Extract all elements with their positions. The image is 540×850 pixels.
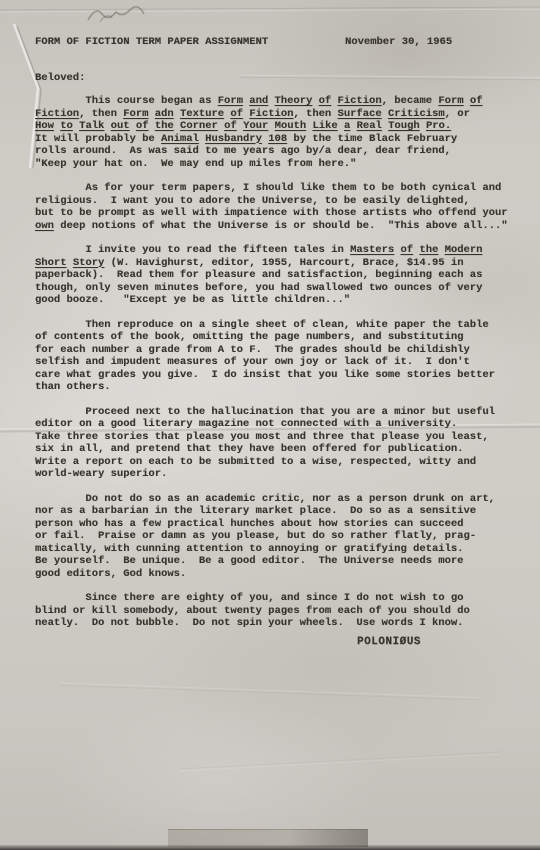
scanned-letter-page: FORM OF FICTION TERM PAPER ASSIGNMENT No… bbox=[0, 0, 540, 850]
page-title: FORM OF FICTION TERM PAPER ASSIGNMENT bbox=[35, 36, 268, 48]
bottom-edge-shadow bbox=[0, 845, 540, 850]
text-line: Do not do so as an academic critic, nor … bbox=[35, 493, 521, 506]
text-line: How to Talk out of the Corner of Your Mo… bbox=[35, 120, 521, 133]
text-line: person who has a few practical hunches a… bbox=[35, 518, 521, 531]
text-line: editor on a good literary magazine not c… bbox=[35, 418, 521, 431]
text-line: selfish and impudent measures of your ow… bbox=[35, 356, 521, 369]
text-line: Then reproduce on a single sheet of clea… bbox=[35, 319, 521, 332]
text-line: care what grades you give. I do insist t… bbox=[35, 369, 521, 382]
text-line: than others. bbox=[35, 381, 521, 394]
text-line: Take three stories that please you most … bbox=[35, 431, 521, 444]
text-line: six in all, and pretend that they have b… bbox=[35, 443, 521, 456]
text-line: As for your term papers, I should like t… bbox=[35, 182, 521, 195]
text-line: Short Story (W. Havighurst, editor, 1955… bbox=[35, 257, 521, 270]
text-line: good editors, God knows. bbox=[35, 568, 521, 581]
paragraph: Do not do so as an academic critic, nor … bbox=[35, 493, 521, 581]
tape-strip bbox=[168, 829, 368, 847]
letter-body: This course began as Form and Theory of … bbox=[35, 95, 521, 630]
letter-column: Beloved: This course began as Form and T… bbox=[35, 72, 521, 642]
date: November 30, 1965 bbox=[345, 36, 452, 48]
text-line: This course began as Form and Theory of … bbox=[35, 95, 521, 108]
paragraph: Proceed next to the hallucination that y… bbox=[35, 406, 521, 481]
paragraph: As for your term papers, I should like t… bbox=[35, 182, 521, 232]
signature: POLONIØUS bbox=[357, 636, 421, 648]
text-line: blind or kill somebody, about twenty pag… bbox=[35, 605, 521, 618]
paragraph: Then reproduce on a single sheet of clea… bbox=[35, 319, 521, 394]
text-line: neatly. Do not bubble. Do not spin your … bbox=[35, 617, 521, 630]
crease-top bbox=[0, 7, 540, 13]
paragraph: I invite you to read the fifteen tales i… bbox=[35, 244, 521, 307]
text-line: or fail. Praise or damn as you please, b… bbox=[35, 530, 521, 543]
crease-lower-2 bbox=[180, 752, 500, 772]
text-line: Proceed next to the hallucination that y… bbox=[35, 406, 521, 419]
crease-lower-1 bbox=[60, 683, 480, 701]
text-line: "Keep your hat on. We may end up miles f… bbox=[35, 158, 521, 171]
text-line: but to be prompt as well with impatience… bbox=[35, 207, 521, 220]
text-line: paperback). Read them for pleasure and s… bbox=[35, 269, 521, 282]
text-line: matically, with cunning attention to ann… bbox=[35, 543, 521, 556]
text-line: own deep notions of what the Universe is… bbox=[35, 220, 521, 233]
text-line: religious. I want you to adore the Unive… bbox=[35, 195, 521, 208]
text-line: Fiction, then Form adn Texture of Fictio… bbox=[35, 108, 521, 121]
text-line: world-weary superior. bbox=[35, 468, 521, 481]
text-line: good booze. "Except ye be as little chil… bbox=[35, 294, 521, 307]
text-line: Since there are eighty of you, and since… bbox=[35, 592, 521, 605]
paragraph: Since there are eighty of you, and since… bbox=[35, 592, 521, 630]
text-line: though, only seven minutes before, you h… bbox=[35, 282, 521, 295]
text-line: Be yourself. Be unique. Be a good editor… bbox=[35, 555, 521, 568]
text-line: nor as a barbarian in the literary marke… bbox=[35, 505, 521, 518]
text-line: rolls around. As was said to me years ag… bbox=[35, 145, 521, 158]
text-line: I invite you to read the fifteen tales i… bbox=[35, 244, 521, 257]
text-line: of contents of the book, omitting the pa… bbox=[35, 331, 521, 344]
text-line: It will probably be Animal Husbandry 108… bbox=[35, 133, 521, 146]
paragraph: This course began as Form and Theory of … bbox=[35, 95, 521, 170]
salutation: Beloved: bbox=[35, 72, 521, 84]
pencil-scribble bbox=[82, 2, 152, 28]
text-line: for each number a grade from A to F. The… bbox=[35, 344, 521, 357]
text-line: Write a report on each to be submitted t… bbox=[35, 456, 521, 469]
